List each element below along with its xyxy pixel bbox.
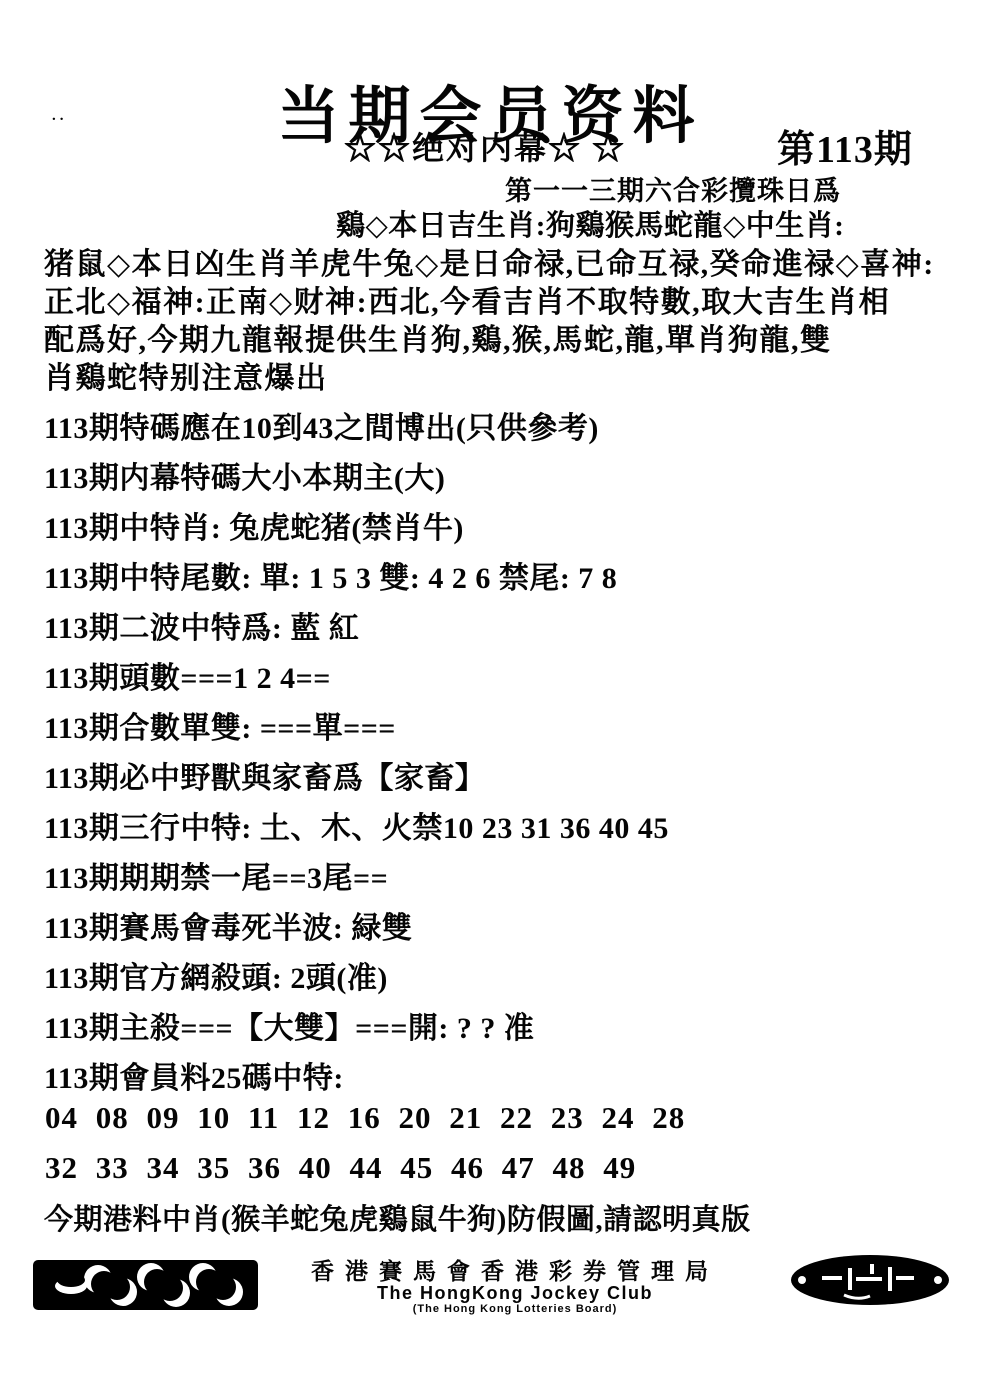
issue-number: 第113期 — [777, 118, 913, 173]
lucky-zodiac-line: 鷄◇本日吉生肖:狗鷄猴馬蛇龍◇中生肖: — [336, 203, 844, 244]
org-name-sub: (The Hong Kong Lotteries Board) — [285, 1303, 745, 1315]
tip-two-waves: 113期二波中特爲: 藍 紅 — [44, 603, 359, 647]
tip-big-small: 113期内幕特碼大小本期主(大) — [44, 453, 445, 497]
intro-paragraph-line: 配爲好,今期九龍報提供生肖狗,鷄,猴,馬蛇,龍,單肖狗龍,雙 — [44, 322, 959, 360]
tip-three-elements: 113期三行中特: 土、木、火禁10 23 31 36 40 45 — [44, 803, 669, 847]
anti-fake-note: 今期港料中肖(猴羊蛇兔虎鷄鼠牛狗)防假圖,請認明真版 — [44, 1197, 751, 1238]
tip-sum-odd-even: 113期合數單雙: ===單=== — [44, 703, 396, 747]
intro-paragraph-line: 正北◇福神:正南◇财神:西北,今看吉肖不取特數,取大吉生肖相 — [44, 284, 959, 322]
org-name-chinese: 香港賽馬會香港彩券管理局 — [285, 1260, 745, 1284]
tip-25-codes-header: 113期會員料25碼中特: — [44, 1053, 344, 1097]
intro-paragraph-line: 肖鷄蛇特别注意爆出 — [44, 360, 959, 398]
hkjc-logo-icon — [33, 1258, 261, 1317]
stray-marks: .. — [52, 108, 68, 125]
member-codes-row-1: 04 08 09 10 11 12 16 20 21 22 23 24 28 — [45, 1100, 685, 1136]
scan-page: 当期会员资料 .. ☆☆绝对内幕☆ ☆ 第113期 第一一三期六合彩攬珠日爲 鷄… — [0, 0, 981, 1388]
org-name-english: The HongKong Jockey Club — [285, 1284, 745, 1303]
tip-kill-head: 113期官方網殺頭: 2頭(准) — [44, 953, 388, 997]
tip-wild-domestic: 113期必中野獸與家畜爲【家畜】 — [44, 753, 485, 797]
tip-special-range: 113期特碼應在10到43之間博出(只供參考) — [44, 403, 599, 447]
tip-forbidden-tail: 113期期期禁一尾==3尾== — [44, 853, 388, 897]
member-codes-row-2: 32 33 34 35 36 40 44 45 46 47 48 49 — [45, 1150, 636, 1186]
intro-paragraph: 猪鼠◇本日凶生肖羊虎牛兔◇是日命禄,已命互禄,癸命進禄◇喜神: 正北◇福神:正南… — [44, 246, 959, 398]
tip-poison-half-wave: 113期賽馬會毒死半波: 緑雙 — [44, 903, 412, 947]
intro-paragraph-line: 猪鼠◇本日凶生肖羊虎牛兔◇是日命禄,已命互禄,癸命進禄◇喜神: — [44, 246, 959, 284]
footer-organisation: 香港賽馬會香港彩券管理局 The HongKong Jockey Club (T… — [285, 1260, 745, 1315]
tip-tail-numbers: 113期中特尾數: 單: 1 5 3 雙: 4 2 6 禁尾: 7 8 — [44, 553, 617, 597]
tip-special-zodiac: 113期中特肖: 兔虎蛇猪(禁肖牛) — [44, 503, 464, 547]
subtitle-stars: ☆☆绝对内幕☆ ☆ — [344, 123, 626, 169]
tip-main-kill: 113期主殺===【大雙】===開: ? ? 准 — [44, 1003, 534, 1047]
seal-stamp-icon — [786, 1252, 954, 1319]
tip-head-numbers: 113期頭數===1 2 4== — [44, 653, 331, 697]
